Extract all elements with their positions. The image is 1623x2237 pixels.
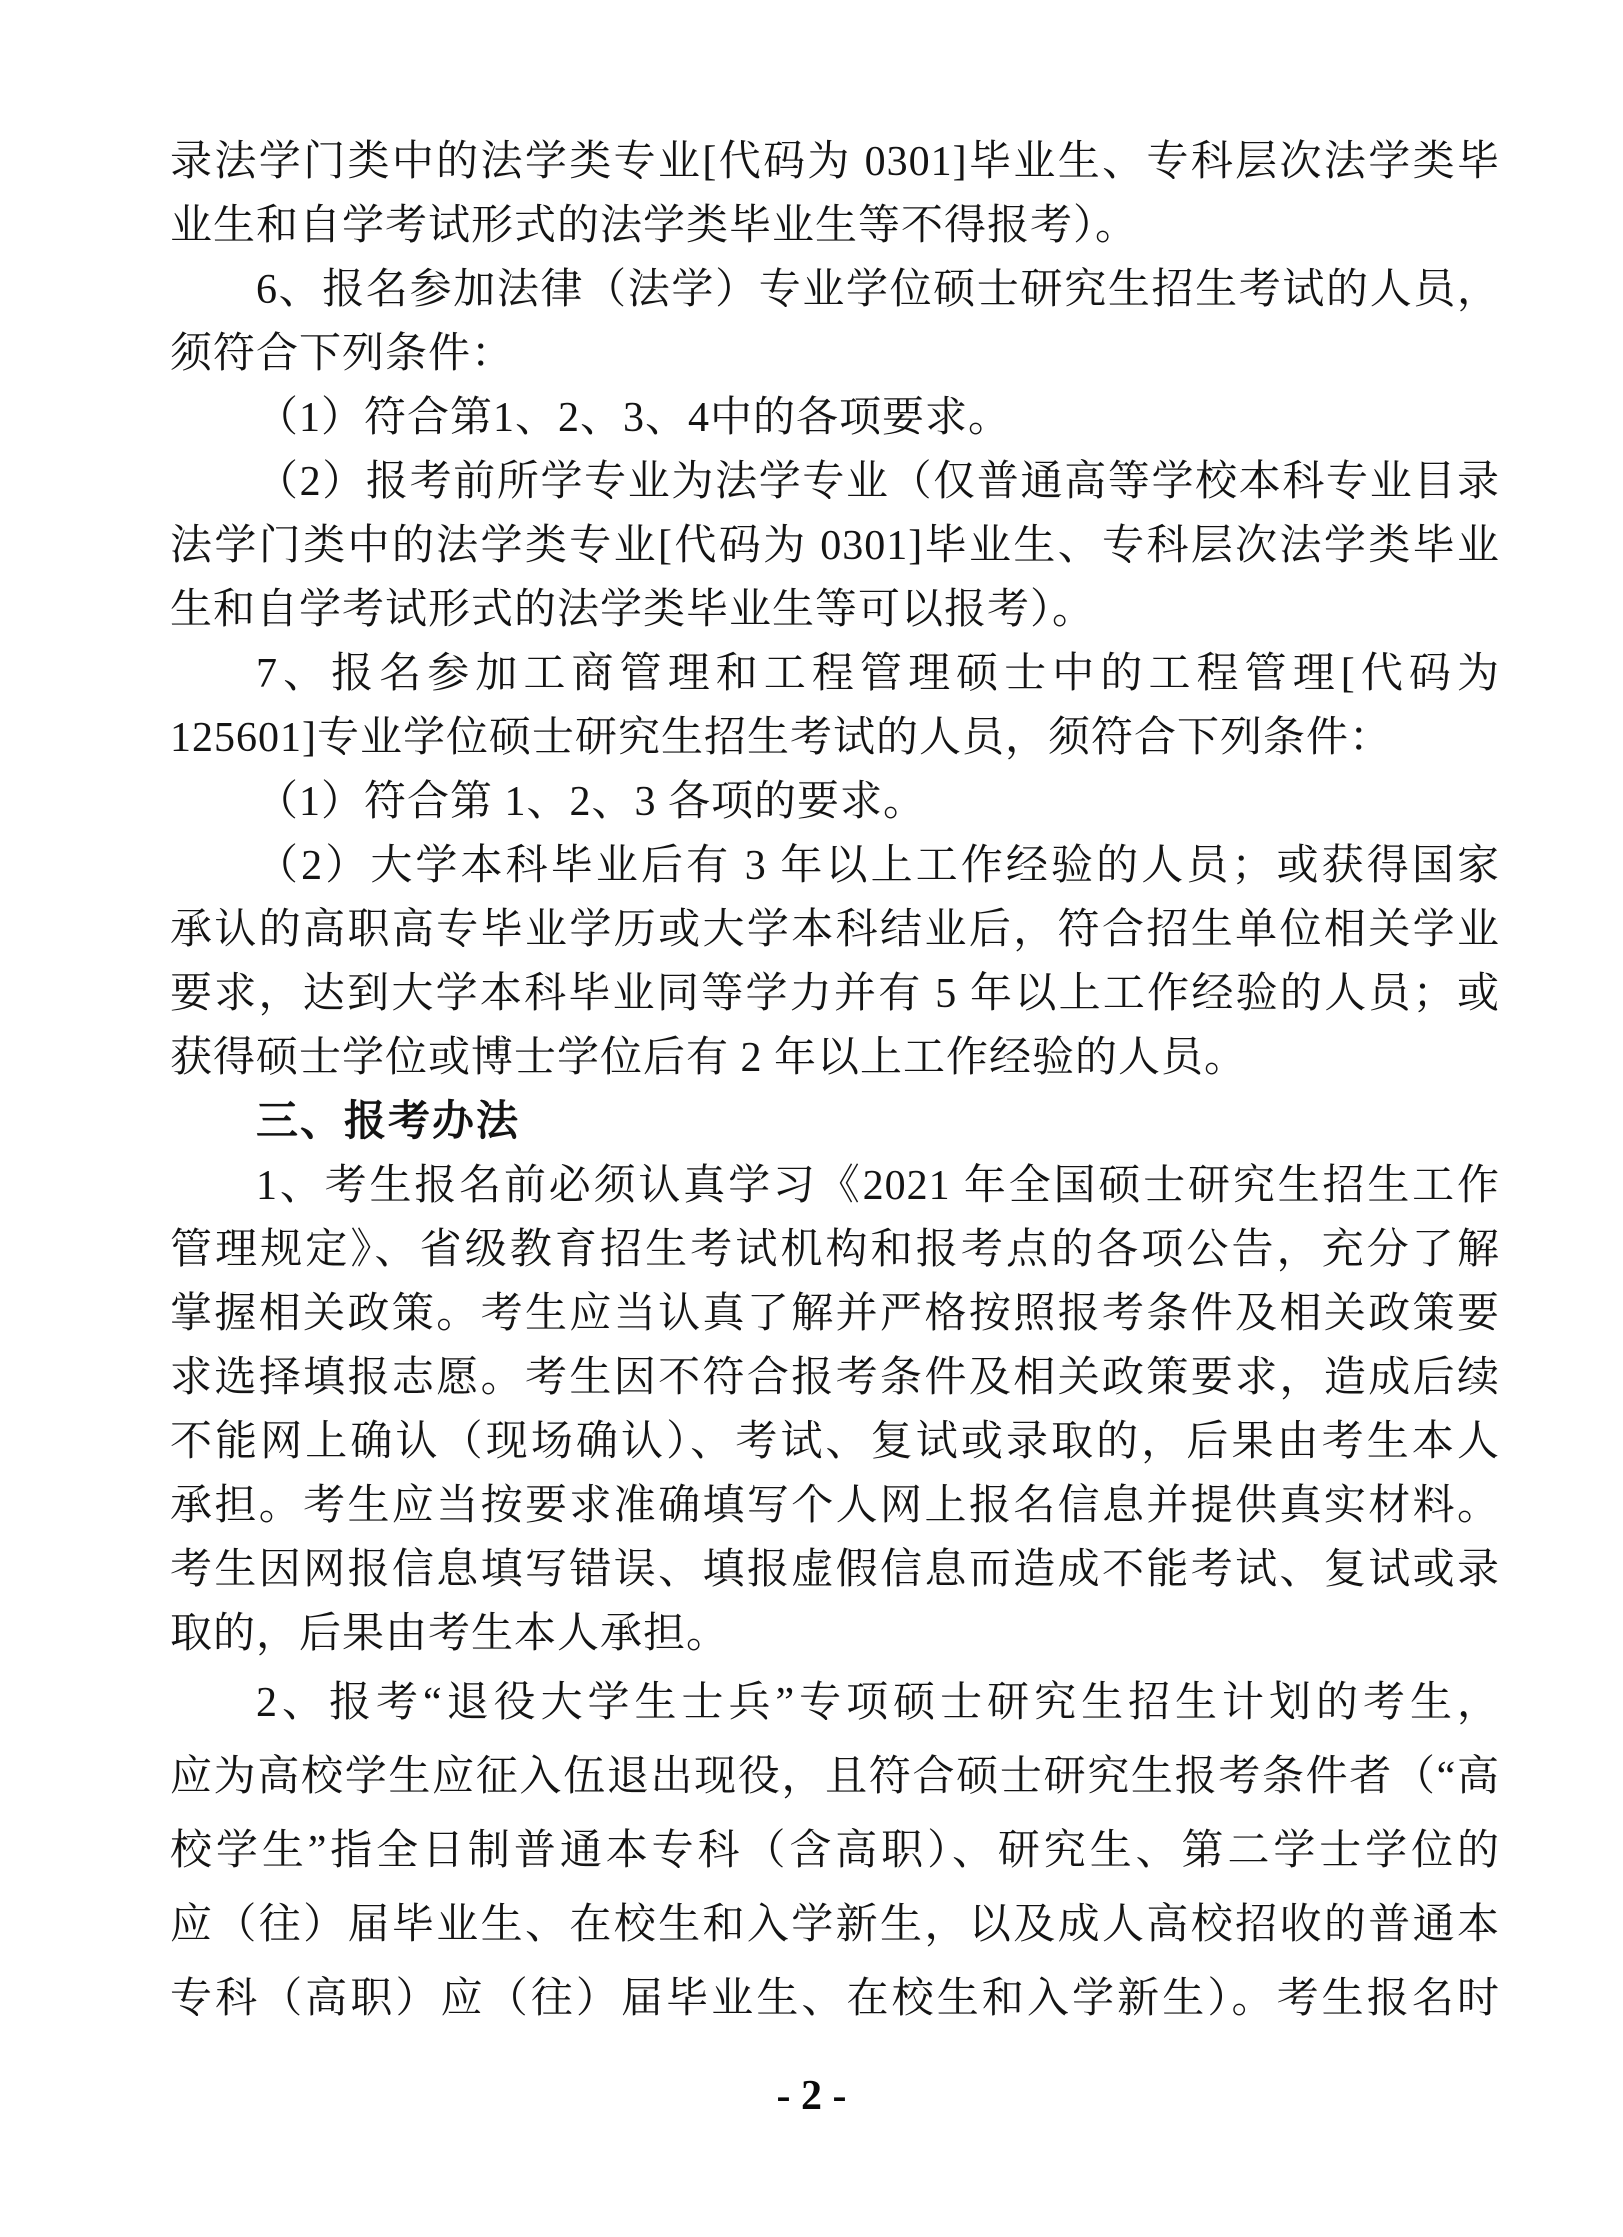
text-line: 1、考生报名前必须认真学习《2021 年全国硕士研究生招生工作 [170,1154,1500,1218]
text-line: 应为高校学生应征入伍退出现役，且符合硕士研究生报考条件者（“高 [170,1740,1500,1814]
document-body: 录法学门类中的法学类专业[代码为 0301]毕业生、专科层次法学类毕业生和自学考… [170,130,1500,2036]
text-line: （1）符合第1、2、3、4中的各项要求。 [170,386,1500,450]
text-line: 应（往）届毕业生、在校生和入学新生，以及成人高校招收的普通本 [170,1888,1500,1962]
text-line: 获得硕士学位或博士学位后有 2 年以上工作经验的人员。 [170,1026,1500,1090]
paragraph-3: （1）符合第1、2、3、4中的各项要求。 [170,386,1500,450]
text-line: 6、报名参加法律（法学）专业学位硕士研究生招生考试的人员， [170,258,1500,322]
text-line: 不能网上确认（现场确认）、考试、复试或录取的，后果由考生本人 [170,1410,1500,1474]
document-page: 录法学门类中的法学类专业[代码为 0301]毕业生、专科层次法学类毕业生和自学考… [0,0,1623,2237]
text-line: 管理规定》、省级教育招生考试机构和报考点的各项公告，充分了解 [170,1218,1500,1282]
text-line: （2）大学本科毕业后有 3 年以上工作经验的人员；或获得国家 [170,834,1500,898]
paragraph-9: 1、考生报名前必须认真学习《2021 年全国硕士研究生招生工作管理规定》、省级教… [170,1154,1500,1666]
paragraph-6: （1）符合第 1、2、3 各项的要求。 [170,770,1500,834]
text-line: 校学生”指全日制普通本专科（含高职）、研究生、第二学士学位的 [170,1814,1500,1888]
text-line: 法学门类中的法学类专业[代码为 0301]毕业生、专科层次法学类毕业 [170,514,1500,578]
text-line: 要求，达到大学本科毕业同等学力并有 5 年以上工作经验的人员；或 [170,962,1500,1026]
text-line: 承担。考生应当按要求准确填写个人网上报名信息并提供真实材料。 [170,1474,1500,1538]
text-line: 掌握相关政策。考生应当认真了解并严格按照报考条件及相关政策要 [170,1282,1500,1346]
paragraph-8: 三、报考办法 [170,1090,1500,1154]
paragraph-2: 6、报名参加法律（法学）专业学位硕士研究生招生考试的人员，须符合下列条件： [170,258,1500,386]
paragraph-5: 7、报名参加工商管理和工程管理硕士中的工程管理[代码为125601]专业学位硕士… [170,642,1500,770]
paragraph-10: 2、报考“退役大学生士兵”专项硕士研究生招生计划的考生，应为高校学生应征入伍退出… [170,1666,1500,2036]
text-line: 三、报考办法 [170,1090,1500,1154]
text-line: 7、报名参加工商管理和工程管理硕士中的工程管理[代码为 [170,642,1500,706]
text-line: 须符合下列条件： [170,322,1500,386]
text-line: （2）报考前所学专业为法学专业（仅普通高等学校本科专业目录 [170,450,1500,514]
page-number: - 2 - [0,2072,1623,2120]
text-line: 考生因网报信息填写错误、填报虚假信息而造成不能考试、复试或录 [170,1538,1500,1602]
text-line: 2、报考“退役大学生士兵”专项硕士研究生招生计划的考生， [170,1666,1500,1740]
text-line: 承认的高职高专毕业学历或大学本科结业后，符合招生单位相关学业 [170,898,1500,962]
paragraph-4: （2）报考前所学专业为法学专业（仅普通高等学校本科专业目录法学门类中的法学类专业… [170,450,1500,642]
text-line: 125601]专业学位硕士研究生招生考试的人员，须符合下列条件： [170,706,1500,770]
text-line: 录法学门类中的法学类专业[代码为 0301]毕业生、专科层次法学类毕 [170,130,1500,194]
text-line: 业生和自学考试形式的法学类毕业生等不得报考）。 [170,194,1500,258]
text-line: 求选择填报志愿。考生因不符合报考条件及相关政策要求，造成后续 [170,1346,1500,1410]
text-line: 生和自学考试形式的法学类毕业生等可以报考）。 [170,578,1500,642]
text-line: 取的，后果由考生本人承担。 [170,1602,1500,1666]
text-line: （1）符合第 1、2、3 各项的要求。 [170,770,1500,834]
paragraph-1: 录法学门类中的法学类专业[代码为 0301]毕业生、专科层次法学类毕业生和自学考… [170,130,1500,258]
text-line: 专科（高职）应（往）届毕业生、在校生和入学新生）。考生报名时 [170,1962,1500,2036]
paragraph-7: （2）大学本科毕业后有 3 年以上工作经验的人员；或获得国家承认的高职高专毕业学… [170,834,1500,1090]
